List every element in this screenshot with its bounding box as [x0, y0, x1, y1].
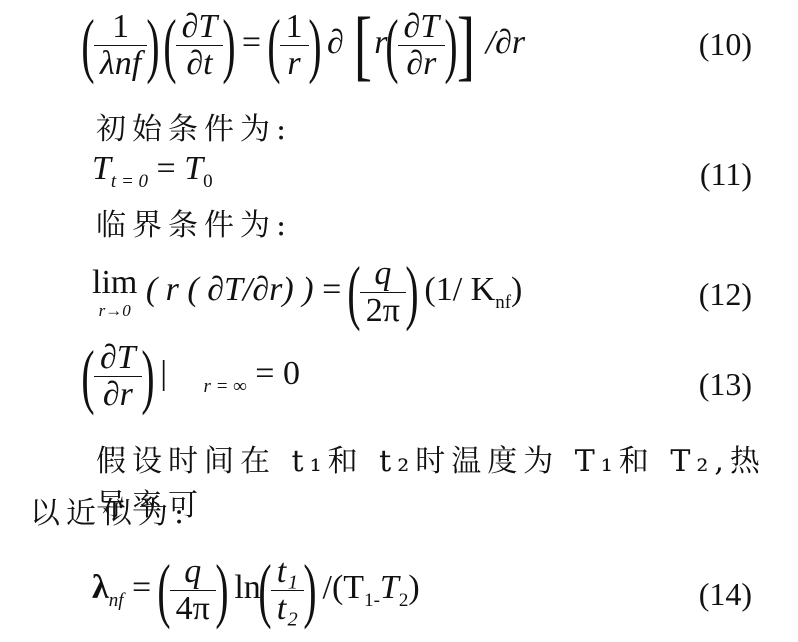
equation-13: (∂T∂r) | r = ∞ = 0: [84, 340, 300, 412]
equation-12: limr→0 ( r ( ∂T/∂r) ) = (q2π) (1/ Knf): [92, 256, 522, 328]
partial: ∂: [327, 24, 344, 61]
subscript: nf: [109, 590, 124, 611]
div-partial-r: /∂r: [486, 24, 525, 61]
frac-den: 4π: [170, 591, 216, 627]
frac-den: t₂: [271, 591, 304, 627]
frac-num: ∂T: [176, 9, 224, 46]
var-T: T: [92, 150, 111, 187]
ln: ln: [234, 569, 260, 606]
frac-num: 1: [280, 9, 309, 46]
frac-num: ∂T: [398, 9, 446, 46]
lim-subscript: r→0: [92, 302, 137, 319]
lim: lim: [92, 264, 137, 301]
equation-number-10: (10): [699, 26, 752, 63]
frac-den: ∂t: [176, 46, 224, 82]
var-T2: T: [380, 569, 399, 606]
paragraph-line-2: 以近似为:: [30, 488, 190, 532]
equation-number-11: (11): [700, 156, 752, 193]
frac-den: r: [280, 46, 309, 82]
frac-num: ∂T: [94, 340, 142, 377]
var-T0: T: [184, 150, 203, 187]
tail: /(T: [323, 569, 365, 606]
equals: =: [322, 271, 341, 308]
frac-num: 1: [94, 9, 147, 46]
subscript: 1-: [364, 590, 380, 611]
paren-close: ): [511, 271, 522, 308]
paren-close: ): [408, 569, 419, 606]
subscript: 2: [399, 590, 409, 611]
eval-bar: |: [160, 355, 167, 392]
frac-num: q: [170, 554, 216, 591]
equals: =: [132, 569, 151, 606]
equation-number-13: (13): [699, 366, 752, 403]
paragraph-line-1: 假设时间在 t₁和 t₂时温度为 T₁和 T₂,热导率可: [96, 436, 798, 524]
subscript: r = ∞: [204, 376, 247, 397]
frac-num: q: [360, 256, 406, 293]
boundary-condition-label: 临界条件为:: [96, 200, 292, 244]
equals-zero: = 0: [255, 355, 300, 392]
equation-number-14: (14): [699, 576, 752, 613]
frac-den: 2π: [360, 293, 406, 329]
subscript: t = 0: [111, 171, 148, 192]
equals: =: [157, 150, 176, 187]
tail: (1/ K: [424, 271, 495, 308]
subscript: 0: [203, 171, 213, 192]
equation-10: (1λnf) (∂T∂t) = (1r) ∂ [r(∂T∂r)] /∂r: [84, 6, 525, 84]
frac-den: ∂r: [398, 46, 446, 82]
lim-body: ( r ( ∂T/∂r) ): [146, 271, 314, 308]
equation-11: Tt = 0 = T0: [92, 150, 213, 193]
equals: =: [242, 24, 261, 61]
subscript: nf: [495, 292, 511, 313]
initial-condition-label: 初始条件为:: [96, 104, 292, 148]
equation-14: λnf = (q4π) ln(t₁t₂) /(T1-T2): [92, 554, 420, 626]
frac-num: t₁: [271, 554, 304, 591]
var-lambda: λ: [92, 569, 109, 606]
frac-den: ∂r: [94, 377, 142, 413]
equation-number-12: (12): [699, 276, 752, 313]
frac-den: λnf: [94, 46, 147, 82]
